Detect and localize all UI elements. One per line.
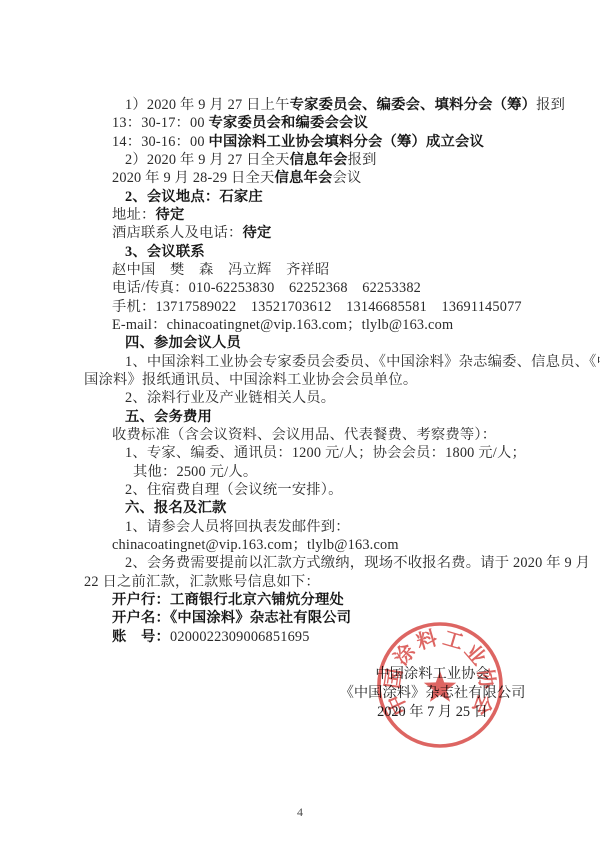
document-body: 1）2020 年 9 月 27 日上午专家委员会、编委会、填料分会（筹）报到13… [84,96,520,646]
document-line: 酒店联系人及电话：待定 [84,224,520,242]
signature-date: 2020 年 7 月 25 日 [330,703,535,722]
signature-org-2: 《中国涂料》杂志社有限公司 [330,684,535,703]
document-line: 开户名：《中国涂料》杂志社有限公司 [84,609,520,627]
document-line: 赵中国 樊 森 冯立辉 齐祥昭 [84,261,520,279]
document-line: 1）2020 年 9 月 27 日上午专家委员会、编委会、填料分会（筹）报到 [84,96,520,114]
document-line: 四、参加会议人员 [84,334,520,352]
document-line: 地址：待定 [84,206,520,224]
document-line: 2、会务费需要提前以汇款方式缴纳，现场不收报名费。请于 2020 年 9 月 [84,554,520,572]
document-line: 2）2020 年 9 月 27 日全天信息年会报到 [84,151,520,169]
document-line: 国涂料》报纸通讯员、中国涂料工业协会会员单位。 [84,371,520,389]
document-line: 2、住宿费自理（会议统一安排）。 [84,481,520,499]
document-line: 22 日之前汇款，汇款账号信息如下： [84,573,520,591]
document-line: 1、请参会人员将回执表发邮件到： [84,518,520,536]
document-line: chinacoatingnet@vip.163.com；tlylb@163.co… [84,536,520,554]
document-line: 账 号：0200022309006851695 [84,628,520,646]
document-line: 2、涂料行业及产业链相关人员。 [84,389,520,407]
document-line: E-mail：chinacoatingnet@vip.163.com；tlylb… [84,316,520,334]
document-line: 电话/传真：010-62253830 62252368 62253382 [84,279,520,297]
document-line: 14：30-16：00 中国涂料工业协会填料分会（筹）成立会议 [84,133,520,151]
document-line: 2、会议地点：石家庄 [84,188,520,206]
signature-block: 中国涂料工业协会 《中国涂料》杂志社有限公司 2020 年 7 月 25 日 [330,665,535,723]
document-line: 1、中国涂料工业协会专家委员会委员、《中国涂料》杂志编委、信息员、《中 [84,353,520,371]
document-line: 六、报名及汇款 [84,499,520,517]
document-line: 五、会务费用 [84,408,520,426]
document-line: 2020 年 9 月 28-29 日全天信息年会会议 [84,169,520,187]
document-line: 收费标准（含会议资料、会议用品、代表餐费、考察费等）： [84,426,520,444]
document-page: 1）2020 年 9 月 27 日上午专家委员会、编委会、填料分会（筹）报到13… [0,0,600,857]
document-line: 13：30-17：00 专家委员会和编委会会议 [84,114,520,132]
document-line: 1、专家、编委、通讯员：1200 元/人；协会会员：1800 元/人； [84,444,520,462]
document-line: 3、会议联系 [84,243,520,261]
page-number: 4 [0,805,600,820]
document-line: 开户行：工商银行北京六铺炕分理处 [84,591,520,609]
signature-org-1: 中国涂料工业协会 [330,665,535,684]
document-line: 其他：2500 元/人。 [84,463,520,481]
document-line: 手机：13717589022 13521703612 13146685581 1… [84,298,520,316]
